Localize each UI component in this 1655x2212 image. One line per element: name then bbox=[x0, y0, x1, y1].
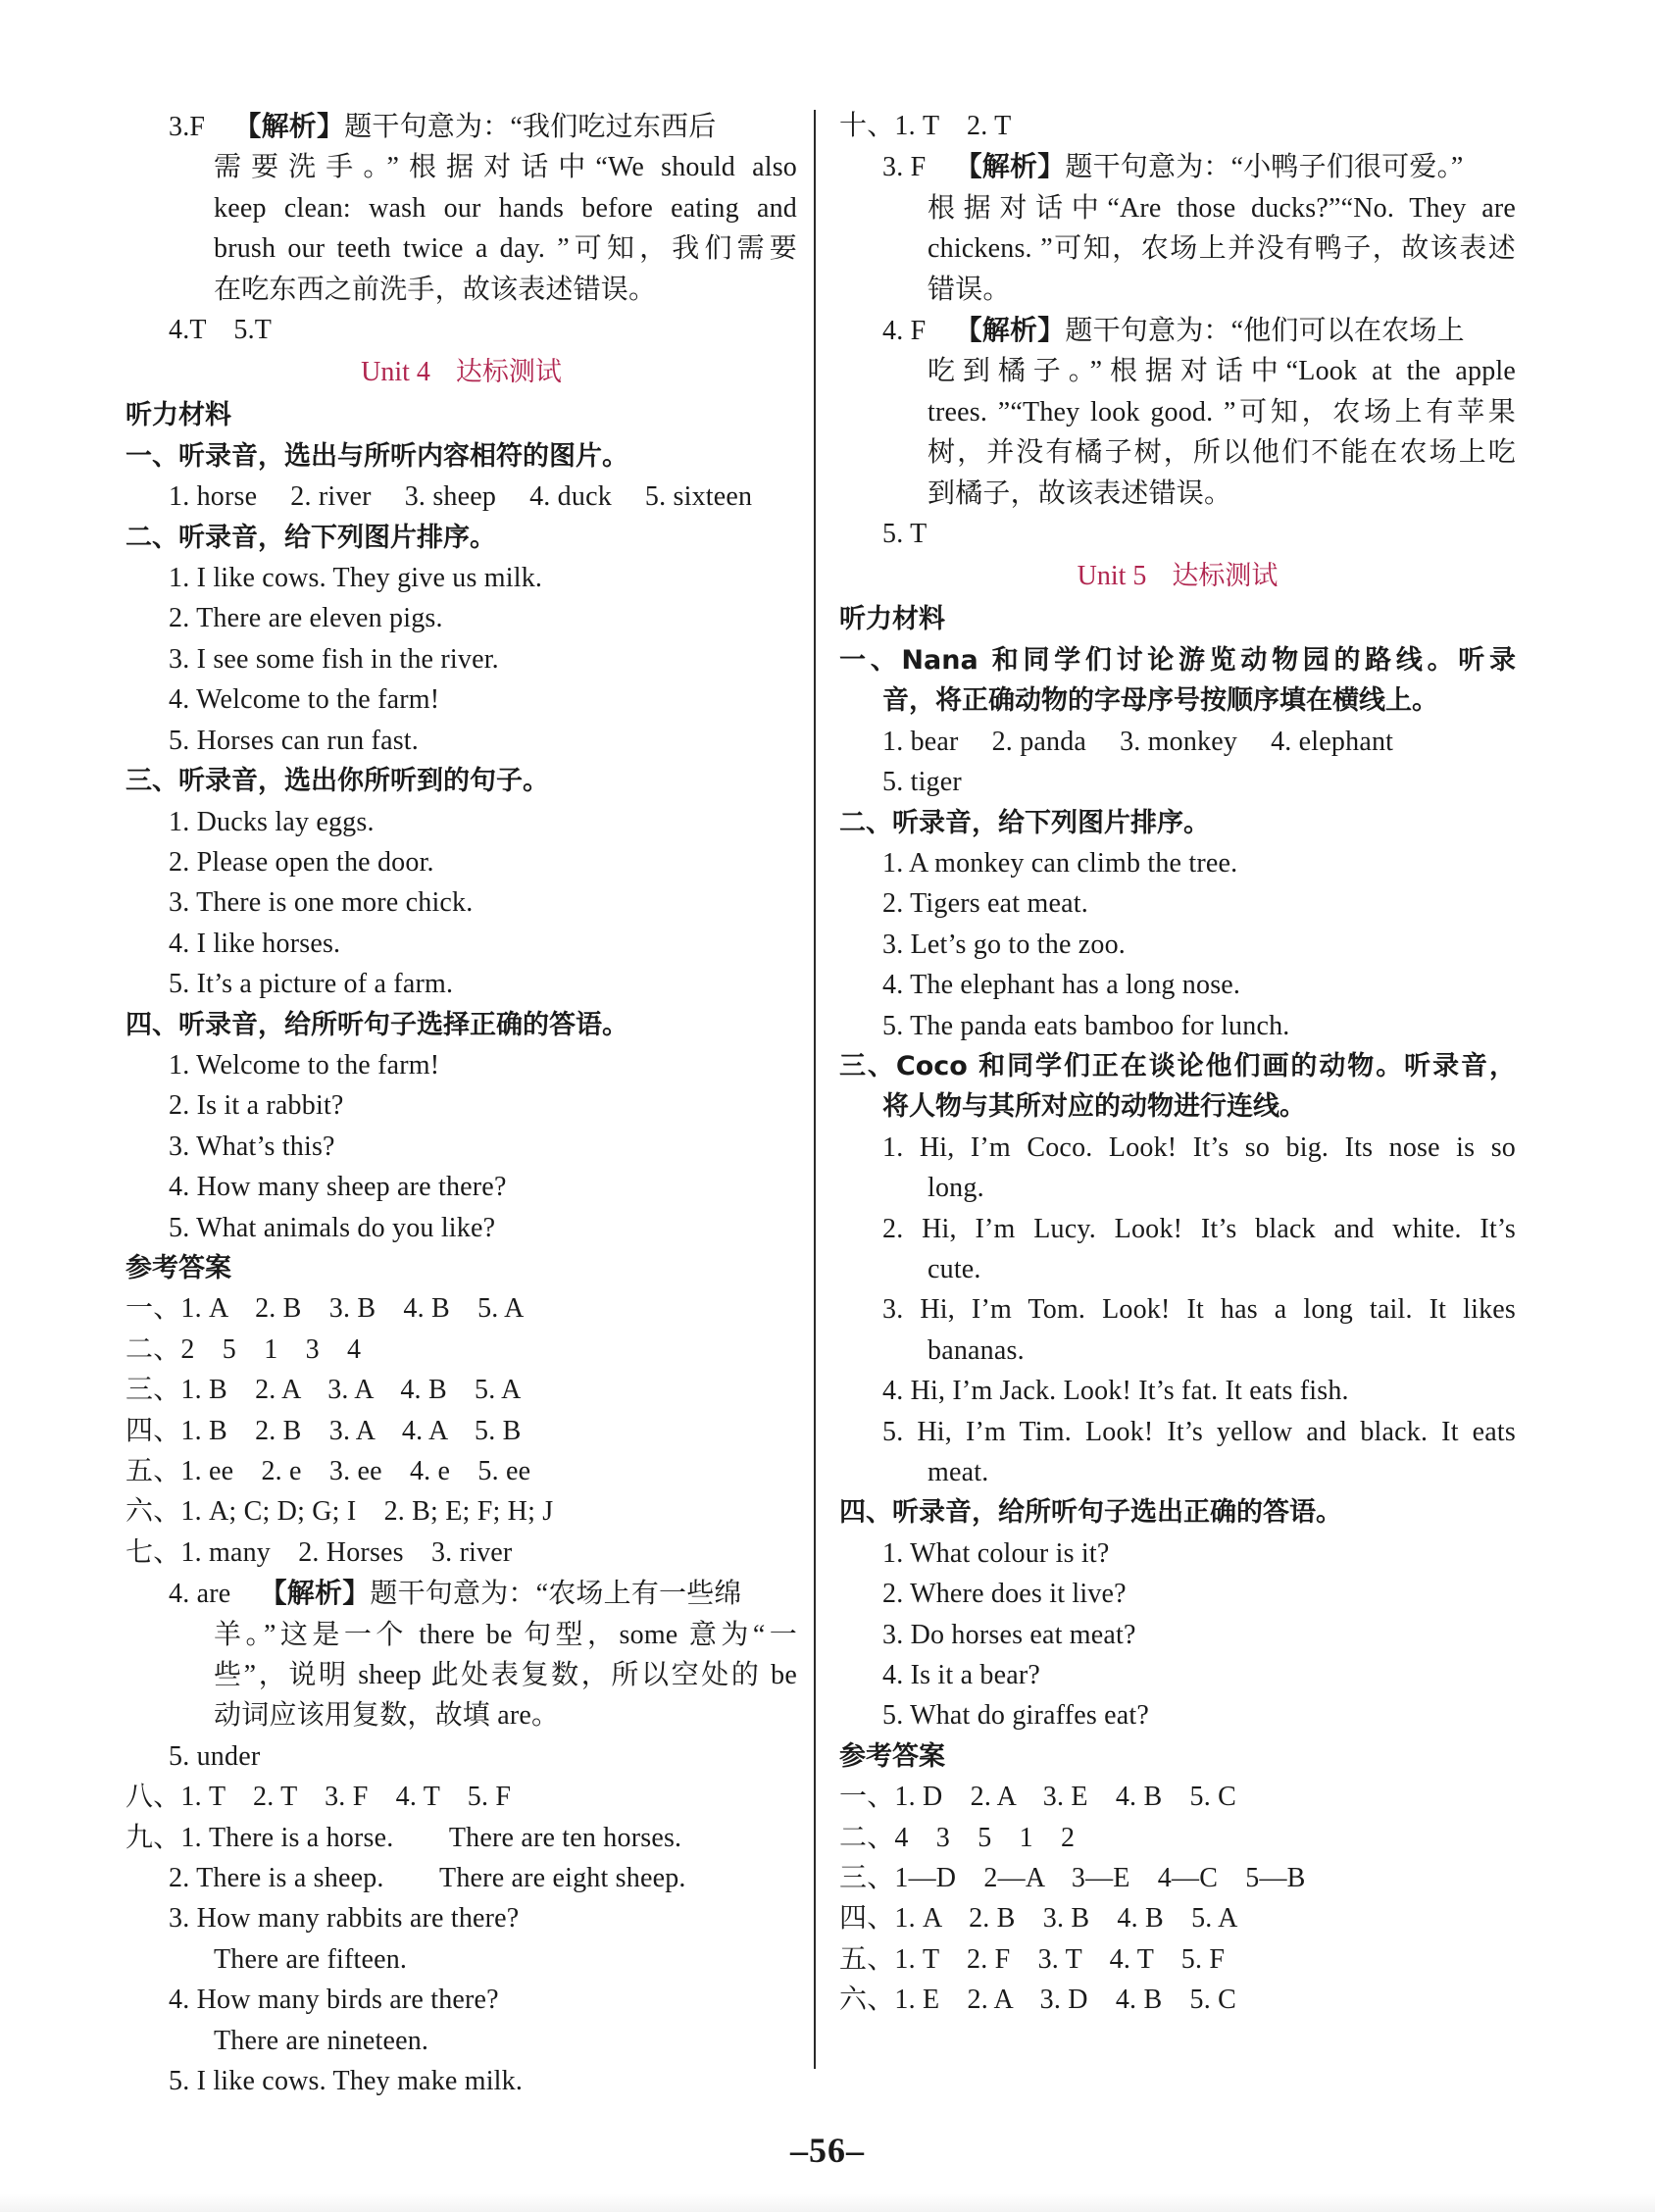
column-divider bbox=[814, 110, 816, 2069]
list-item: 1. Welcome to the farm! bbox=[125, 1045, 797, 1085]
answer-row: 5. T bbox=[839, 514, 1516, 554]
analysis-text: chickens. ”可知，农场上并没有鸭子，故该表述 bbox=[839, 228, 1516, 269]
analysis-text: 些”，说明 sheep 此处表复数，所以空处的 be bbox=[125, 1655, 797, 1695]
list-item: 4. I like horses. bbox=[125, 924, 797, 964]
answer-row: 三、1—D 2—A 3—E 4—C 5—B bbox=[839, 1858, 1516, 1898]
list-item: 2. Where does it live? bbox=[839, 1574, 1516, 1614]
section-heading: 二、听录音，给下列图片排序。 bbox=[839, 803, 1516, 843]
list-item: 4. Hi, I’m Jack. Look! It’s fat. It eats… bbox=[839, 1371, 1516, 1411]
list-item: 1. Ducks lay eggs. bbox=[125, 802, 797, 842]
list-item: 4. Is it a bear? bbox=[839, 1655, 1516, 1695]
analysis-text: 根据对话中“Are those ducks?”“No. They are bbox=[839, 188, 1516, 228]
answer-row: 一、1. D 2. A 3. E 4. B 5. C bbox=[839, 1777, 1516, 1817]
section-heading-cont: 音，将正确动物的字母序号按顺序填在横线上。 bbox=[839, 680, 1516, 721]
section-heading: 一、听录音，选出与所听内容相符的图片。 bbox=[125, 436, 797, 477]
list-item: 4. How many sheep are there? bbox=[125, 1167, 797, 1207]
answer-row: 二、2 5 1 3 4 bbox=[125, 1330, 797, 1370]
analysis-text: 需要洗手。”根据对话中“We should also bbox=[125, 147, 797, 187]
answer-items-4-5: 4.T 5.T bbox=[125, 310, 797, 350]
list-item: 5. The panda eats bamboo for lunch. bbox=[839, 1006, 1516, 1046]
list-item: 2. Tigers eat meat. bbox=[839, 883, 1516, 924]
list-item: 1. Hi, I’m Coco. Look! It’s so big. Its … bbox=[839, 1128, 1516, 1168]
list-item: 3. Do horses eat meat? bbox=[839, 1615, 1516, 1655]
answer-item-4-analysis: 4. are 【解析】题干句意为：“农场上有一些绵 bbox=[125, 1573, 797, 1614]
analysis-tag: 【解析】 bbox=[233, 110, 344, 142]
analysis-text: 动词应该用复数，故填 are。 bbox=[125, 1695, 797, 1735]
section-heading: 四、听录音，给所听句子选出正确的答语。 bbox=[839, 1492, 1516, 1533]
list-item-cont: meat. bbox=[839, 1452, 1516, 1492]
section-heading: 一、Nana 和同学们讨论游览动物园的路线。听录 bbox=[839, 640, 1516, 680]
list-item: 2. Is it a rabbit? bbox=[125, 1085, 797, 1126]
list-item: 1. A monkey can climb the tree. bbox=[839, 843, 1516, 883]
answer-row: 九、1. There is a horse. There are ten hor… bbox=[125, 1818, 797, 1858]
analysis-text: 在吃东西之前洗手，故该表述错误。 bbox=[125, 270, 797, 310]
word-list: 1. bear2. panda3. monkey4. elephant bbox=[839, 722, 1516, 762]
word-list: 5. tiger bbox=[839, 762, 1516, 802]
answer-row: 十、1. T 2. T bbox=[839, 106, 1516, 146]
answer-row: There are nineteen. bbox=[125, 2021, 797, 2061]
answer-row: 5. under bbox=[125, 1736, 797, 1777]
answers-label: 参考答案 bbox=[125, 1248, 797, 1288]
analysis-tag: 【解析】 bbox=[955, 314, 1066, 346]
listening-material-label: 听力材料 bbox=[839, 599, 1516, 639]
answer-row: There are fifteen. bbox=[125, 1939, 797, 1980]
section-heading: 四、听录音，给所听句子选择正确的答语。 bbox=[125, 1005, 797, 1045]
analysis-tag: 【解析】 bbox=[260, 1577, 371, 1609]
section-heading: 三、Coco 和同学们正在谈论他们画的动物。听录音， bbox=[839, 1046, 1516, 1086]
list-item: 2. Hi, I’m Lucy. Look! It’s black and wh… bbox=[839, 1209, 1516, 1249]
answer-row: 四、1. B 2. B 3. A 4. A 5. B bbox=[125, 1411, 797, 1451]
answer-item-3-analysis: 3. F 【解析】题干句意为：“小鸭子们很可爱。” bbox=[839, 146, 1516, 187]
analysis-text: trees. ”“They look good. ”可知，农场上有苹果 bbox=[839, 392, 1516, 432]
analysis-text: 错误。 bbox=[839, 270, 1516, 310]
unit-4-title: Unit 4达标测试 bbox=[125, 350, 797, 395]
list-item-cont: bananas. bbox=[839, 1331, 1516, 1371]
list-item: 4. The elephant has a long nose. bbox=[839, 965, 1516, 1005]
listening-material-label: 听力材料 bbox=[125, 395, 797, 435]
unit-5-title: Unit 5达标测试 bbox=[839, 554, 1516, 599]
list-item: 2. There are eleven pigs. bbox=[125, 598, 797, 638]
analysis-text: 羊。”这是一个 there be 句型，some 意为“一 bbox=[125, 1615, 797, 1655]
answer-row: 六、1. E 2. A 3. D 4. B 5. C bbox=[839, 1980, 1516, 2020]
answer-row: 四、1. A 2. B 3. B 4. B 5. A bbox=[839, 1898, 1516, 1938]
list-item: 1. What colour is it? bbox=[839, 1533, 1516, 1574]
analysis-text: 到橘子，故该表述错误。 bbox=[839, 474, 1516, 514]
answer-row: 八、1. T 2. T 3. F 4. T 5. F bbox=[125, 1777, 797, 1817]
answer-item-3: 3.F 【解析】题干句意为：“我们吃过东西后 bbox=[125, 106, 797, 147]
answer-row: 2. There is a sheep. There are eight she… bbox=[125, 1858, 797, 1898]
list-item: 4. Welcome to the farm! bbox=[125, 679, 797, 720]
analysis-tag: 【解析】 bbox=[955, 150, 1066, 182]
list-item: 5. What do giraffes eat? bbox=[839, 1695, 1516, 1735]
answer-item-4-analysis: 4. F 【解析】题干句意为：“他们可以在农场上 bbox=[839, 310, 1516, 351]
word-list: 1. horse2. river3. sheep4. duck5. sixtee… bbox=[125, 477, 797, 517]
list-item: 5. It’s a picture of a farm. bbox=[125, 964, 797, 1004]
answer-row: 5. I like cows. They make milk. bbox=[125, 2061, 797, 2101]
analysis-text: brush our teeth twice a day. ”可知，我们需要 bbox=[125, 228, 797, 269]
analysis-text: keep clean: wash our hands before eating… bbox=[125, 188, 797, 228]
answer-row: 4. How many birds are there? bbox=[125, 1980, 797, 2020]
analysis-text: 吃到橘子。”根据对话中“Look at the apple bbox=[839, 351, 1516, 391]
section-heading: 二、听录音，给下列图片排序。 bbox=[125, 518, 797, 558]
answers-label: 参考答案 bbox=[839, 1736, 1516, 1777]
answer-row: 五、1. T 2. F 3. T 4. T 5. F bbox=[839, 1939, 1516, 1980]
list-item: 5. What animals do you like? bbox=[125, 1208, 797, 1248]
right-column: 十、1. T 2. T 3. F 【解析】题干句意为：“小鸭子们很可爱。” 根据… bbox=[839, 106, 1516, 2021]
list-item: 3. There is one more chick. bbox=[125, 882, 797, 923]
list-item: 2. Please open the door. bbox=[125, 842, 797, 882]
answer-key-page: 3.F 【解析】题干句意为：“我们吃过东西后 需要洗手。”根据对话中“We sh… bbox=[0, 0, 1655, 2212]
section-heading: 三、听录音，选出你所听到的句子。 bbox=[125, 761, 797, 801]
answer-row: 一、1. A 2. B 3. B 4. B 5. A bbox=[125, 1288, 797, 1329]
list-item: 5. Horses can run fast. bbox=[125, 721, 797, 761]
list-item: 3. What’s this? bbox=[125, 1127, 797, 1167]
list-item: 3. I see some fish in the river. bbox=[125, 639, 797, 679]
list-item: 5. Hi, I’m Tim. Look! It’s yellow and bl… bbox=[839, 1412, 1516, 1452]
answer-row: 七、1. many 2. Horses 3. river bbox=[125, 1533, 797, 1573]
answer-row: 3. How many rabbits are there? bbox=[125, 1898, 797, 1938]
answer-row: 五、1. ee 2. e 3. ee 4. e 5. ee bbox=[125, 1451, 797, 1491]
list-item: 3. Hi, I’m Tom. Look! It has a long tail… bbox=[839, 1289, 1516, 1330]
list-item: 3. Let’s go to the zoo. bbox=[839, 925, 1516, 965]
analysis-text: 树，并没有橘子树，所以他们不能在农场上吃 bbox=[839, 432, 1516, 473]
section-heading-cont: 将人物与其所对应的动物进行连线。 bbox=[839, 1086, 1516, 1127]
list-item-cont: long. bbox=[839, 1168, 1516, 1208]
list-item: 1. I like cows. They give us milk. bbox=[125, 558, 797, 598]
answer-row: 二、4 3 5 1 2 bbox=[839, 1818, 1516, 1858]
list-item-cont: cute. bbox=[839, 1249, 1516, 1289]
scan-edge bbox=[0, 2194, 1655, 2212]
left-column: 3.F 【解析】题干句意为：“我们吃过东西后 需要洗手。”根据对话中“We sh… bbox=[125, 106, 797, 2102]
page-number: –56– bbox=[0, 2130, 1655, 2171]
answer-row: 六、1. A; C; D; G; I 2. B; E; F; H; J bbox=[125, 1491, 797, 1532]
answer-row: 三、1. B 2. A 3. A 4. B 5. A bbox=[125, 1370, 797, 1410]
